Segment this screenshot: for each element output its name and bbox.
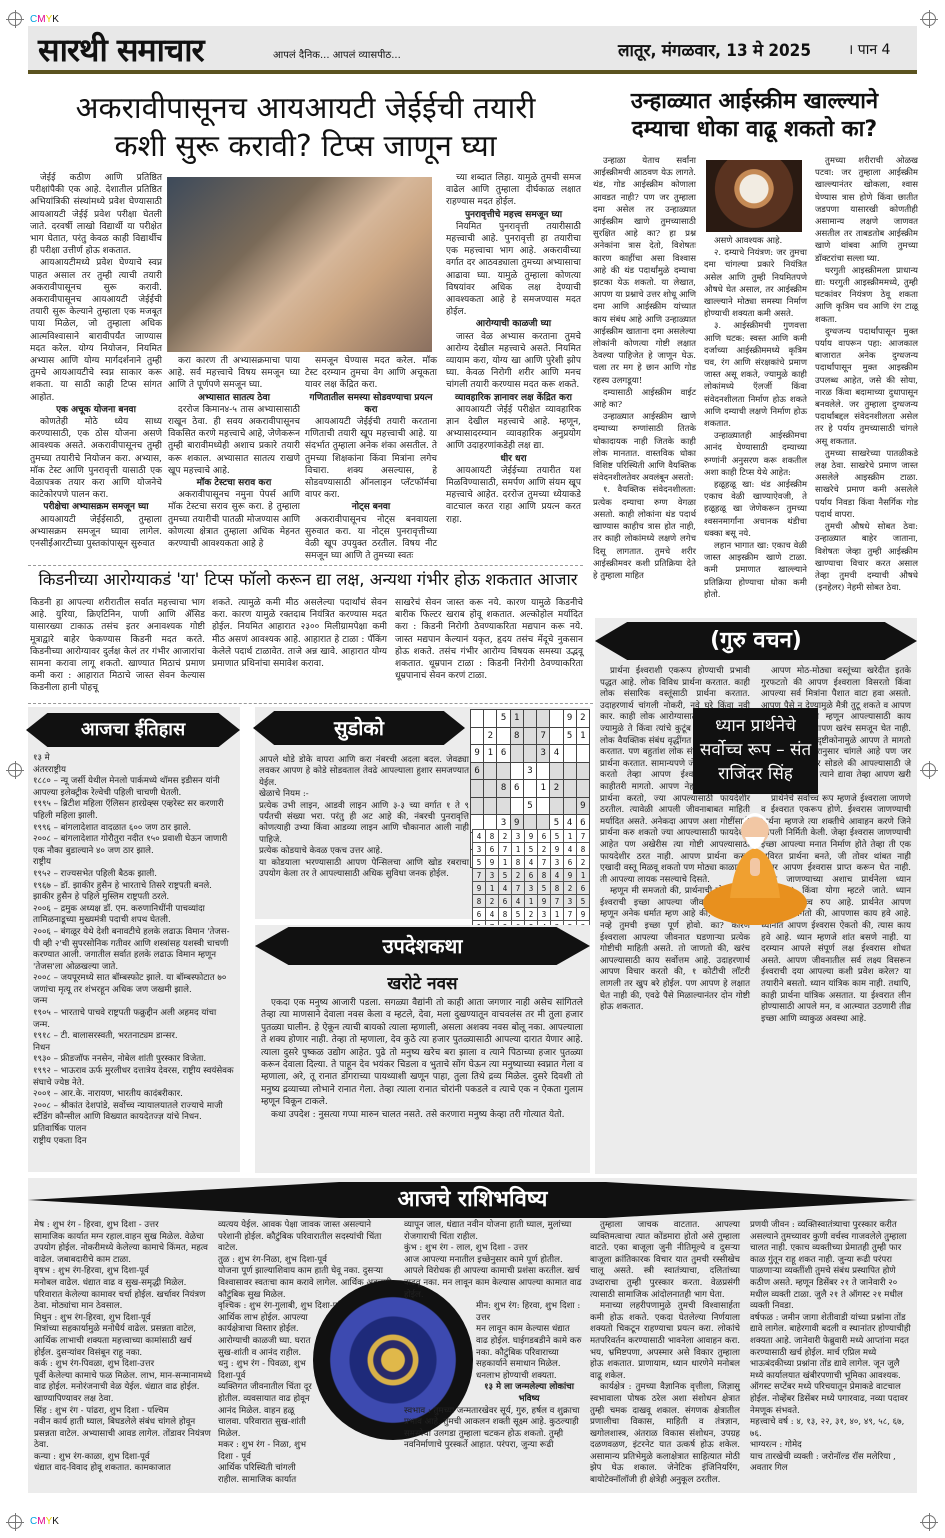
registration-mark-icon [922,763,936,777]
sudoku-cell [550,797,563,815]
sudoku-cell: 7 [538,856,551,869]
upadesh-panel: उपदेशकथा खरोटे नवस एकदा एक मनुष्य आजारी … [255,925,590,1173]
sudoku-cell: 8 [538,869,551,882]
sudoku-cell: 3 [486,869,499,882]
sudoku-cell: 1 [499,856,512,869]
sudoku-cell: 6 [510,780,523,798]
sudoku-cell: 4 [564,843,577,856]
sudoku-cell: 8 [499,908,512,921]
sudoku-cell: 7 [551,895,564,908]
sudoku-cell [537,762,550,780]
sudoku-cell [497,797,510,815]
sudoku-cell: 6 [497,745,510,763]
sudoku-cell: 4 [525,856,538,869]
page-number: । पान 4 [848,40,890,59]
sudoku-cell: 5 [577,895,590,908]
sudoku-cell [471,727,484,745]
sudoku-cell [523,745,536,763]
sudoku-cell: 6 [538,830,551,843]
guru-vachan-panel: (गुरु वचन) प्रार्थना ईश्वराशी एकरूप होण्… [595,618,917,1174]
sudoku-cell: 8 [486,830,499,843]
horoscope-title: आजचे राशिभविष्य [28,1182,917,1218]
sudoku-cell: 1 [484,745,497,763]
sudoku-cell [576,780,589,798]
sudoku-cell [471,780,484,798]
sudoku-cell: 5 [523,797,536,815]
sudoku-cell: 7 [564,908,577,921]
sudoku-cell: 2 [577,856,590,869]
study-photo [167,177,432,352]
sudoku-cell: 1 [537,780,550,798]
sudoku-cell: 9 [486,856,499,869]
sudoku-cell [550,727,563,745]
sudoku-instructions: आपले थोडे डोके वापरा आणि करा नंबरची अदला… [259,755,469,880]
sudoku-cell: 1 [512,843,525,856]
sudoku-cell [563,780,576,798]
sudoku-cell: 1 [486,882,499,895]
sudoku-cell [523,780,536,798]
sudoku-cell: 6 [499,895,512,908]
sudoku-cell: 7 [512,882,525,895]
sudoku-cell [550,710,563,728]
icecream-column-3: तुमच्या शरीराची ओळख पटवा: जर तुम्हाला आई… [815,155,918,594]
sudoku-cell: 2 [550,780,563,798]
section-divider [28,565,583,566]
sudoku-cell [523,710,536,728]
sudoku-cell [510,797,523,815]
sudoku-cell: 9 [473,882,486,895]
sudoku-cell: 8 [510,727,523,745]
sudoku-cell: 2 [576,710,589,728]
sudoku-cell: 1 [551,908,564,921]
sudoku-cell: 7 [537,727,550,745]
kidney-column-2: शकते. त्यामुळे कमी मीठ असलेल्या पदार्थां… [212,597,387,670]
sudoku-cell: 9 [564,869,577,882]
sudoku-cell: 6 [471,762,484,780]
sudoku-cell: 5 [538,882,551,895]
sudoku-cell [563,745,576,763]
sudoku-cell: 4 [499,882,512,895]
newspaper-tagline: आपलं दैनिक... आपलं व्यासपीठ... [273,47,401,61]
sudoku-cell: 7 [499,843,512,856]
sudoku-cell: 6 [577,882,590,895]
sudoku-cell: 6 [486,843,499,856]
sudoku-cell: 1 [564,830,577,843]
registration-mark-icon [8,1515,22,1529]
sudoku-cell: 3 [537,745,550,763]
sudoku-cell: 8 [577,843,590,856]
sudoku-cell: 5 [497,710,510,728]
sudoku-cell: 9 [576,797,589,815]
sudoku-cell: 7 [577,830,590,843]
sudoku-cell: 2 [486,895,499,908]
sudoku-cell: 8 [497,780,510,798]
sudoku-cell: 3 [564,895,577,908]
sudoku-cell: 1 [577,869,590,882]
sudoku-cell: 2 [525,908,538,921]
sudoku-cell: 9 [551,843,564,856]
sudoku-cell [576,745,589,763]
sudoku-cell: 5 [473,856,486,869]
sudoku-cell: 1 [525,895,538,908]
sudoku-cell [497,727,510,745]
meditating-saint-icon [700,803,810,928]
horoscope-panel: आजचे राशिभविष्य मेष : शुभ रंग - हिरवा, श… [28,1178,917,1493]
sudoku-cell [550,762,563,780]
registration-mark-icon [8,12,22,26]
history-panel: आजचा ईतिहास १३ मे अंतरराष्ट्रीय १८८० – न… [28,707,240,1172]
sudoku-cell: 8 [473,895,486,908]
iit-column-4: च्या शब्दात लिहा. यामुळे तुमची समज वाढेल… [446,172,581,526]
cmyk-mark: CMYK [30,1516,59,1527]
sudoku-cell: 7 [473,869,486,882]
sudoku-cell: 3 [538,908,551,921]
sudoku-cell [510,745,523,763]
sudoku-cell: 9 [577,908,590,921]
icecream-photo [706,160,802,232]
sudoku-cell [484,797,497,815]
cmyk-mark: CMYK [30,14,59,25]
sudoku-cell: 2 [499,830,512,843]
sudoku-cell [471,797,484,815]
sudoku-cell [563,797,576,815]
sudoku-cell: 4 [550,745,563,763]
sudoku-cell: 2 [564,882,577,895]
horoscope-column-1: मेष : शुभ रंग - हिरवा, शुभ दिशा - उत्तर … [34,1220,214,1475]
sudoku-cell [537,797,550,815]
sudoku-cell: 6 [473,908,486,921]
sudoku-cell [537,710,550,728]
sudoku-cell [510,762,523,780]
story-title: खरोटे नवस [255,971,590,994]
sudoku-cell: 2 [484,727,497,745]
sudoku-cell: 3 [473,843,486,856]
masthead: सारथी समाचार आपलं दैनिक... आपलं व्यासपीठ… [28,26,917,70]
sudoku-cell: 5 [499,869,512,882]
sudoku-cell: 1 [510,710,523,728]
horoscope-column-3: व्यापून जाल, धंद्यात नवीन योजना हाती घ्य… [404,1220,582,1452]
iit-column-2: करा कारण ती अभ्यासक्रमाचा पाया आहे. सर्व… [168,355,300,550]
history-title: आजचा ईतिहास [26,713,240,747]
registration-mark-icon [922,1515,936,1529]
registration-mark-icon [922,12,936,26]
icecream-column-1: उन्हाळा येताच सर्वांना आईस्क्रीमची आठवण … [593,155,696,582]
sudoku-cell [563,762,576,780]
sudoku-cell [471,710,484,728]
dateline: लातूर, मंगळवार, 13 मे 2025 [618,38,811,61]
sudoku-cell: 3 [512,830,525,843]
sudoku-cell: 5 [551,830,564,843]
guru-vachan-title: (गुरु वचन) [595,622,917,660]
iit-column-3: समजून घेण्यास मदत करेल. मॉक टेस्ट दरम्या… [305,355,437,562]
history-list: १३ मे अंतरराष्ट्रीय १८८० – न्यू जर्सी ये… [33,753,235,1147]
sudoku-cell: 2 [512,869,525,882]
section-divider [28,703,593,704]
story-body: एकदा एक मनुष्य आजारी पडला. सगळ्या वैद्या… [261,997,583,1121]
sudoku-cell: 4 [512,895,525,908]
guru-quote-box: ध्यान प्रार्थनेचे सर्वोच्च रूप – संत राज… [693,708,818,794]
sudoku-cell: 4 [486,908,499,921]
masthead-rule [28,70,917,74]
sudoku-cell: 3 [523,762,536,780]
sudoku-title: सुडोको [253,711,465,745]
sudoku-cell [576,762,589,780]
sudoku-cell: 3 [525,882,538,895]
sudoku-cell [497,762,510,780]
sudoku-cell: 3 [551,856,564,869]
sudoku-cell [484,762,497,780]
sudoku-cell: 5 [563,727,576,745]
upadesh-title: उपदेशकथा [255,927,590,965]
sudoku-cell: 4 [551,869,564,882]
sudoku-cell: 8 [512,856,525,869]
kidney-column-1: किडनी हा आपल्या शरीरातील सर्वात महत्त्वा… [30,597,205,695]
kidney-headline: किडनीच्या आरोग्याकडं 'या' टिप्स फॉलो करू… [28,569,588,591]
sudoku-cell: 2 [538,843,551,856]
sudoku-cell: 8 [551,882,564,895]
sudoku-cell: 9 [538,895,551,908]
sudoku-cell: 9 [563,710,576,728]
registration-mark-icon [8,763,22,777]
iit-headline: अकरावीपासूनच आयआयटी जेईईची तयारी कशी सुर… [28,90,583,166]
sudoku-cell: 6 [564,856,577,869]
sudoku-cell: 5 [525,843,538,856]
horoscope-column-5: प्रणयी जीवन : व्यक्तिस्वातंत्र्याचा पुरस… [750,1220,912,1475]
sudoku-cell: 9 [471,745,484,763]
sudoku-cell: 6 [525,869,538,882]
icecream-column-2: असणे आवश्यक आहे. २. दम्याचे नियंत्रण: जर… [704,235,807,601]
iit-column-1: जेईई कठीण आणि प्रतिष्ठित परीक्षांपैकी एक… [30,172,162,550]
sudoku-cell [484,710,497,728]
sudoku-cell: 5 [512,908,525,921]
horoscope-column-4: तुम्हाला जाचक वाटतात. आपल्या व्यक्तिमत्व… [590,1220,740,1487]
icecream-headline: उन्हाळ्यात आईस्क्रीम खाल्ल्याने दम्याचा … [592,88,917,144]
sudoku-cell: 4 [473,830,486,843]
kidney-column-3: साखरेचं सेवन जास्त करू नये. कारण यामुळे … [395,597,583,682]
sudoku-cell [523,727,536,745]
sudoku-cell: 9 [525,830,538,843]
sudoku-cell [484,780,497,798]
sudoku-panel: सुडोको आपले थोडे डोके वापरा आणि करा नंबर… [255,707,590,919]
sudoku-cell: 1 [576,727,589,745]
newspaper-title: सारथी समाचार [38,28,204,71]
